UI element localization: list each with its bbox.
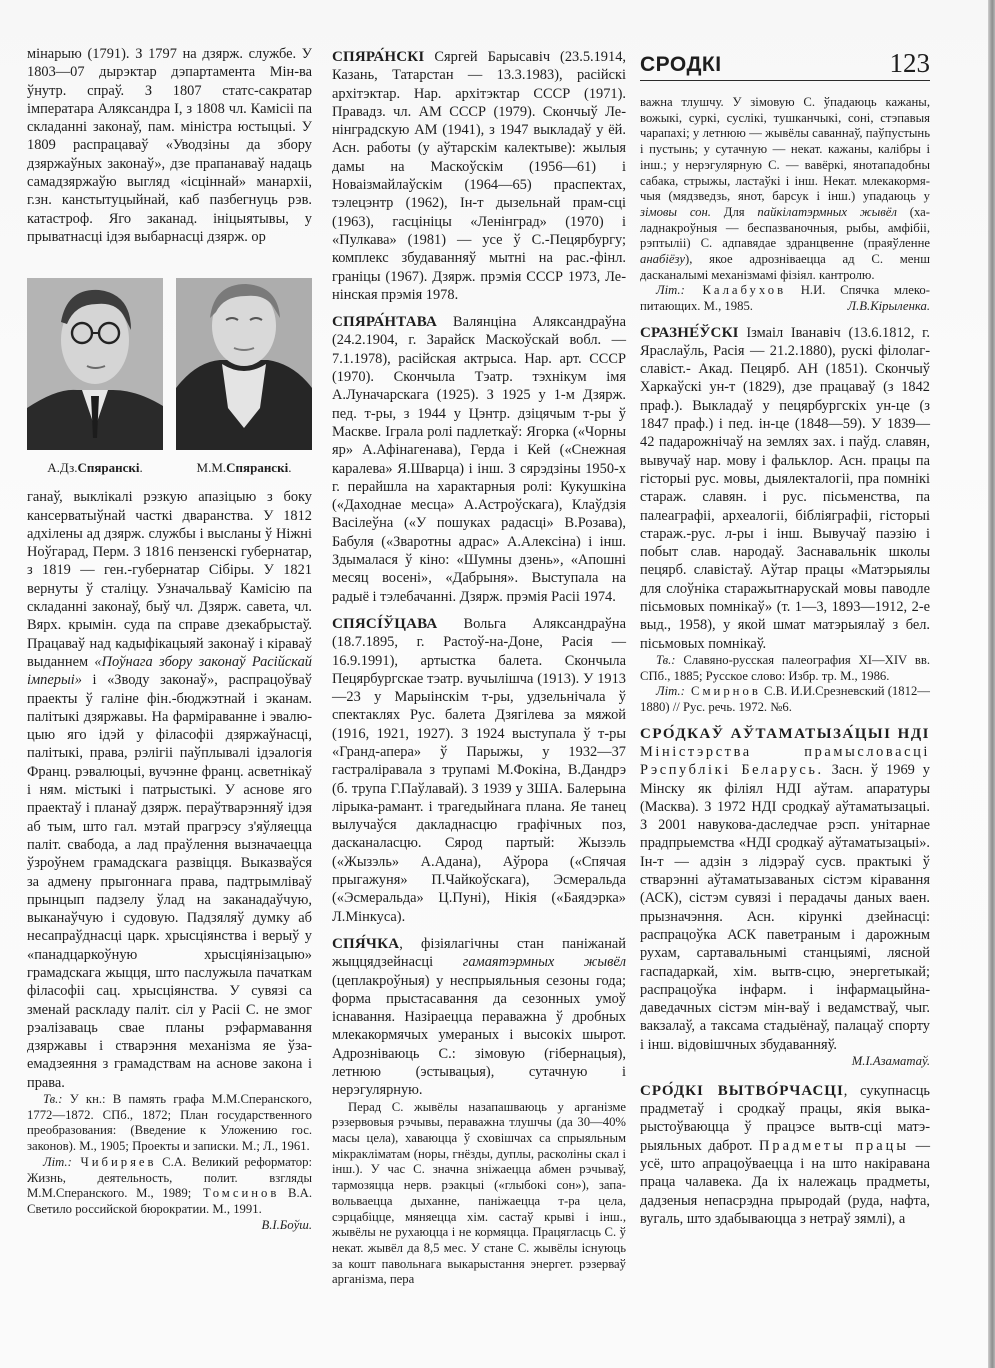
portraits-row: А.Дз.Спяранскі. bbox=[27, 278, 312, 476]
entry-spiachka: СПЯ́ЧКА, фізіялагічны стан паніжанай жыц… bbox=[332, 935, 626, 1100]
column-2: СПЯРА́НСКІ Сяргей Барысавіч (23.5.1914, … bbox=[332, 48, 626, 1288]
sraznieuski-literature: Літ.: Смирнов С.В. И.И.Срезневский (1812… bbox=[640, 684, 930, 715]
entry-sraznieuski: СРАЗНЕ́ЎСКІ Ізмаіл Іванавіч (13.6.1812, … bbox=[640, 324, 930, 653]
column-1: мінарыю (1791). З 1797 на дзярж. служ­бе… bbox=[27, 45, 312, 1233]
sraznieuski-works: Тв.: Славяно-русская палеография XI—XIV … bbox=[640, 653, 930, 684]
running-head-title: СРОДКІ bbox=[640, 53, 722, 77]
running-head: СРОДКІ 123 bbox=[640, 50, 930, 81]
headword: СРО́ДКАЎ АЎТАМАТЫЗА́ЦЫІ НДІ bbox=[640, 726, 930, 742]
speransky-literature: Літ.: Чибиряев С.А. Великий рефор­матор:… bbox=[27, 1155, 312, 1218]
entry-srodkau-autamatyzatsyi: СРО́ДКАЎ АЎТАМАТЫЗА́ЦЫІ НДІ Міністэрства… bbox=[640, 725, 930, 1054]
signature-bowsh: В.І.Боўш. bbox=[27, 1218, 312, 1234]
speransky-intro-text: мінарыю (1791). З 1797 на дзярж. служ­бе… bbox=[27, 45, 312, 246]
entry-spiarantava: СПЯРА́НТАВА Валянціна Аляксандраў­на (24… bbox=[332, 313, 626, 606]
portrait-m-m-speransky: М.М.Спяранскі. bbox=[176, 278, 312, 476]
column-3: СРОДКІ 123 важна тлушчу. У зімовую С. ўп… bbox=[640, 50, 930, 1228]
portrait-photo-architect bbox=[27, 278, 163, 450]
page-number: 123 bbox=[890, 50, 931, 77]
speransky-works: Тв.: У кн.: В память графа М.М.Сперан­ск… bbox=[27, 1092, 312, 1155]
headword: СРАЗНЕ́ЎСКІ bbox=[640, 325, 739, 341]
signature-azamatau: М.І.Азаматаў. bbox=[640, 1054, 930, 1070]
headword: СПЯСІ́ЎЦАВА bbox=[332, 616, 437, 632]
entry-spiaranski-sergei: СПЯРА́НСКІ Сяргей Барысавіч (23.5.1914, … bbox=[332, 48, 626, 304]
headword: СРО́ДКІ ВЫТВО́РЧАСЦІ bbox=[640, 1083, 844, 1099]
headword: СПЯ́ЧКА bbox=[332, 936, 399, 952]
speransky-body-text: ганаў, выклікалі рэзкую апазіцыю з бо­ку… bbox=[27, 488, 312, 1092]
entry-srodki-vytvorchastsi: СРО́ДКІ ВЫТВО́РЧАСЦІ, сукупнасць прадмет… bbox=[640, 1082, 930, 1228]
spiachka-small-text: Перад С. жывёлы назапашваюць у арганіз­м… bbox=[332, 1100, 626, 1288]
encyclopedia-page: мінарыю (1791). З 1797 на дзярж. служ­бе… bbox=[0, 0, 988, 1368]
portrait-a-dz-speransky: А.Дз.Спяранскі. bbox=[27, 278, 163, 476]
headword: СПЯРА́НСКІ bbox=[332, 49, 424, 65]
spiachka-continued: важна тлушчу. У зімовую С. ўпадаюць кажа… bbox=[640, 95, 930, 283]
entry-spiasiutsava: СПЯСІ́ЎЦАВА Вольга Аляксандраўна (18.7.1… bbox=[332, 615, 626, 926]
portrait-caption-m: М.М.Спяранскі. bbox=[176, 460, 312, 476]
headword: СПЯРА́НТАВА bbox=[332, 314, 437, 330]
portrait-caption-a: А.Дз.Спяранскі. bbox=[27, 460, 163, 476]
portrait-photo-statesman bbox=[176, 278, 312, 450]
page-edge-shadow bbox=[988, 0, 995, 1368]
